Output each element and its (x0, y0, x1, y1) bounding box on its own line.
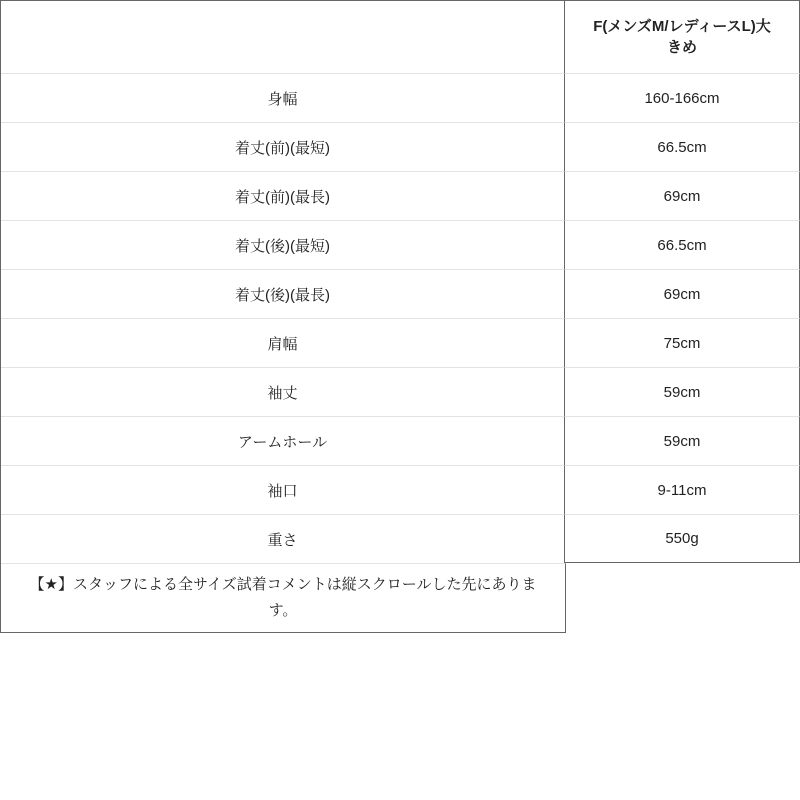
table-row: アームホール 59cm (1, 416, 800, 465)
row-label: 重さ (1, 514, 564, 563)
header-size-cell: F(メンズM/レディースL)大きめ (564, 1, 800, 73)
row-label: 袖口 (1, 465, 564, 514)
table-row: 肩幅 75cm (1, 318, 800, 367)
row-value: 66.5cm (564, 122, 800, 171)
row-value: 69cm (564, 269, 800, 318)
row-label: 着丈(後)(最長) (1, 269, 564, 318)
row-label: 着丈(前)(最長) (1, 171, 564, 220)
row-label: 着丈(前)(最短) (1, 122, 564, 171)
table-row: 着丈(後)(最短) 66.5cm (1, 220, 800, 269)
row-label: 肩幅 (1, 318, 564, 367)
table-row: 袖口 9-11cm (1, 465, 800, 514)
table-row: 身幅 160-166cm (1, 73, 800, 122)
table-row: 重さ 550g (1, 514, 800, 563)
row-label: 着丈(後)(最短) (1, 220, 564, 269)
row-value: 66.5cm (564, 220, 800, 269)
row-value: 9-11cm (564, 465, 800, 514)
table-row: 着丈(後)(最長) 69cm (1, 269, 800, 318)
size-chart-table: F(メンズM/レディースL)大きめ 身幅 160-166cm 着丈(前)(最短)… (0, 0, 800, 633)
row-value: 550g (564, 514, 800, 563)
row-label: 身幅 (1, 73, 564, 122)
row-label: 袖丈 (1, 367, 564, 416)
header-measurement-cell (1, 1, 564, 73)
row-value: 75cm (564, 318, 800, 367)
header-row: F(メンズM/レディースL)大きめ (1, 1, 800, 73)
row-value: 160-166cm (564, 73, 800, 122)
row-value: 59cm (564, 416, 800, 465)
table-row: 着丈(前)(最長) 69cm (1, 171, 800, 220)
staff-comment-note: 【★】スタッフによる全サイズ試着コメントは縦スクロールした先にあります。 (1, 563, 566, 633)
row-value: 69cm (564, 171, 800, 220)
row-label: アームホール (1, 416, 564, 465)
table-row: 着丈(前)(最短) 66.5cm (1, 122, 800, 171)
table-row: 袖丈 59cm (1, 367, 800, 416)
row-value: 59cm (564, 367, 800, 416)
